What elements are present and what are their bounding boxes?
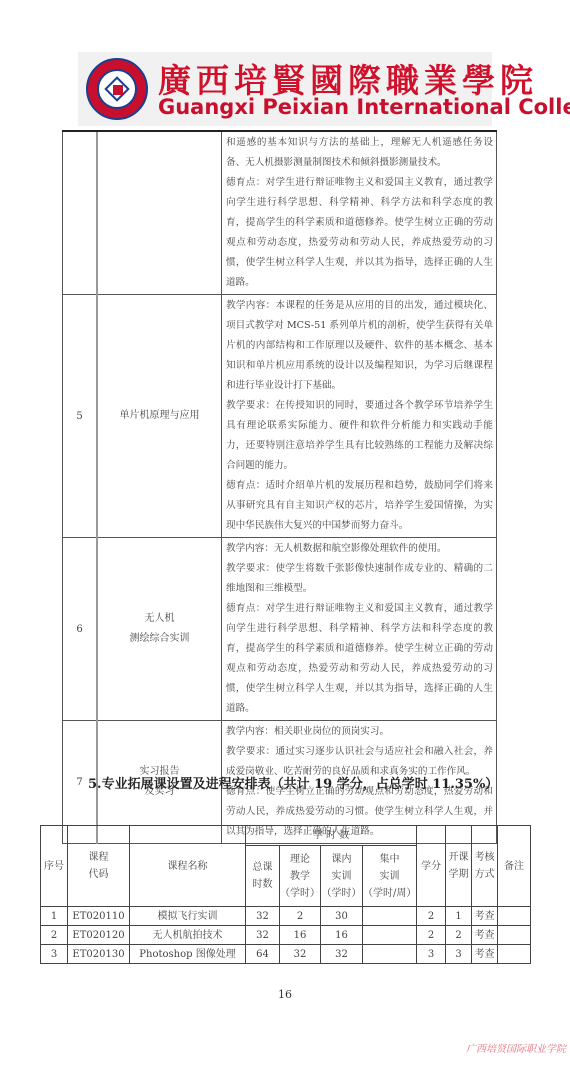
cell-inclass: 32 xyxy=(321,945,363,964)
cell-credits: 2 xyxy=(417,926,446,945)
row-number: 6 xyxy=(63,538,98,721)
course-content: 和遥感的基本知识与方法的基础上，理解无人机遥感任务设备、无人机摄影测量制图技术和… xyxy=(222,131,497,295)
header-term: 开课 学期 xyxy=(446,826,472,907)
cell-theory: 32 xyxy=(280,945,321,964)
cell-remarks xyxy=(498,926,531,945)
content-paragraph: 德育点：适时介绍单片机的发展历程和趋势，鼓励同学们将来从事研究具有自主知识产权的… xyxy=(226,476,493,536)
cell-name: 模拟飞行实训 xyxy=(130,907,246,926)
header-line: 教学 xyxy=(280,868,320,885)
header-line: （学时） xyxy=(280,885,320,902)
cell-total: 32 xyxy=(246,926,280,945)
row-number: 5 xyxy=(63,295,98,538)
cell-exam: 考查 xyxy=(472,907,498,926)
header-line: 代码 xyxy=(68,866,129,883)
header-line: （学时） xyxy=(321,885,362,902)
page-number: 16 xyxy=(278,988,292,1001)
logo-book-icon xyxy=(113,85,123,95)
cell-focused xyxy=(363,945,417,964)
college-seal-logo-icon xyxy=(86,58,148,120)
header-credits: 学分 xyxy=(417,826,446,907)
table-row: 3 ET020130 Photoshop 图像处理 64 32 32 3 3 考… xyxy=(41,945,531,964)
cell-seq: 2 xyxy=(41,926,68,945)
content-paragraph: 教学内容：无人机数据和航空影像处理软件的使用。 xyxy=(226,539,493,559)
header-line: （学时/周） xyxy=(363,885,416,902)
cell-seq: 1 xyxy=(41,907,68,926)
cell-term: 2 xyxy=(446,926,472,945)
college-watermark: 广西培贤国际职业学院 xyxy=(466,1040,566,1055)
header-line: 时数 xyxy=(246,876,279,893)
content-paragraph: 德育点：对学生进行辩证唯物主义和爱国主义教育，通过教学向学生进行科学思想、科学精… xyxy=(226,173,493,293)
header-line: 考核 xyxy=(472,849,497,866)
header-total: 总课 时数 xyxy=(246,846,280,907)
cell-inclass: 16 xyxy=(321,926,363,945)
table-row: 2 ET020120 无人机航拍技术 32 16 16 2 2 考查 xyxy=(41,926,531,945)
cell-code: ET020130 xyxy=(68,945,130,964)
cell-credits: 3 xyxy=(417,945,446,964)
course-name: 单片机原理与应用 xyxy=(97,295,222,538)
table-row: 和遥感的基本知识与方法的基础上，理解无人机遥感任务设备、无人机摄影测量制图技术和… xyxy=(63,131,497,295)
cell-focused xyxy=(363,926,417,945)
header-theory: 理论 教学 （学时） xyxy=(280,846,321,907)
content-paragraph: 教学要求：使学生将数千张影像快速制作成专业的、精确的二维地图和三维模型。 xyxy=(226,559,493,599)
cell-theory: 16 xyxy=(280,926,321,945)
table-row: 6 无人机 测绘综合实训 教学内容：无人机数据和航空影像处理软件的使用。 教学要… xyxy=(63,538,497,721)
header-line: 总课 xyxy=(246,859,279,876)
cell-focused xyxy=(363,907,417,926)
header-focused: 集中 实训 （学时/周） xyxy=(363,846,417,907)
cell-code: ET020110 xyxy=(68,907,130,926)
course-name xyxy=(97,131,222,295)
course-name-line: 测绘综合实训 xyxy=(98,629,221,649)
header-line: 集中 xyxy=(363,851,416,868)
content-paragraph: 教学内容：本课程的任务是从应用的目的出发，通过模块化、项目式教学对 MCS-51… xyxy=(226,296,493,396)
header-inclass: 课内 实训 （学时） xyxy=(321,846,363,907)
content-paragraph: 德育点：对学生进行辩证唯物主义和爱国主义教育，通过教学向学生进行科学思想、科学精… xyxy=(226,599,493,719)
cell-term: 1 xyxy=(446,907,472,926)
section-title: 5.专业拓展课设置及进程安排表（共计 19 学分，占总学时 11.35%） xyxy=(88,773,498,792)
header-line: 方式 xyxy=(472,866,497,883)
header-line: 学期 xyxy=(446,866,471,883)
header-line: 课内 xyxy=(321,851,362,868)
header-line: 实训 xyxy=(321,868,362,885)
course-content: 教学内容：无人机数据和航空影像处理软件的使用。 教学要求：使学生将数千张影像快速… xyxy=(222,538,497,721)
course-content: 教学内容：本课程的任务是从应用的目的出发，通过模块化、项目式教学对 MCS-51… xyxy=(222,295,497,538)
cell-name: 无人机航拍技术 xyxy=(130,926,246,945)
content-paragraph: 教学内容：相关职业岗位的顶岗实习。 xyxy=(226,722,493,742)
logo-inner-ring xyxy=(97,69,137,109)
cell-credits: 2 xyxy=(417,907,446,926)
header-banner: 廣西培賢國際職業學院 Guangxi Peixian International… xyxy=(78,52,492,126)
header-hours-group: 学 时 数 xyxy=(246,826,417,846)
table-row: 1 ET020110 模拟飞行实训 32 2 30 2 1 考查 xyxy=(41,907,531,926)
cell-remarks xyxy=(498,907,531,926)
header-seq: 序号 xyxy=(41,826,68,907)
course-name: 无人机 测绘综合实训 xyxy=(97,538,222,721)
header-line: 课程 xyxy=(68,849,129,866)
cell-term: 3 xyxy=(446,945,472,964)
header-remarks: 备注 xyxy=(498,826,531,907)
course-description-table: 和遥感的基本知识与方法的基础上，理解无人机遥感任务设备、无人机摄影测量制图技术和… xyxy=(62,130,497,844)
cell-code: ET020120 xyxy=(68,926,130,945)
header-name: 课程名称 xyxy=(130,826,246,907)
cell-inclass: 30 xyxy=(321,907,363,926)
header-line: 开课 xyxy=(446,849,471,866)
cell-seq: 3 xyxy=(41,945,68,964)
course-schedule-table: 序号 课程 代码 课程名称 学 时 数 学分 开课 学期 考核 方式 备注 总课… xyxy=(40,825,531,964)
header-row: 序号 课程 代码 课程名称 学 时 数 学分 开课 学期 考核 方式 备注 xyxy=(41,826,531,846)
header-line: 实训 xyxy=(363,868,416,885)
cell-total: 32 xyxy=(246,907,280,926)
header-code: 课程 代码 xyxy=(68,826,130,907)
course-name-line: 无人机 xyxy=(98,609,221,629)
header-exam: 考核 方式 xyxy=(472,826,498,907)
header-line: 理论 xyxy=(280,851,320,868)
cell-exam: 考查 xyxy=(472,926,498,945)
college-name-en: Guangxi Peixian International College xyxy=(158,95,570,119)
row-number xyxy=(63,131,98,295)
cell-name: Photoshop 图像处理 xyxy=(130,945,246,964)
content-paragraph: 教学要求：在传授知识的同时，要通过各个教学环节培养学生具有理论联系实际能力、硬件… xyxy=(226,396,493,476)
cell-total: 64 xyxy=(246,945,280,964)
cell-theory: 2 xyxy=(280,907,321,926)
content-paragraph: 和遥感的基本知识与方法的基础上，理解无人机遥感任务设备、无人机摄影测量制图技术和… xyxy=(226,133,493,173)
cell-exam: 考查 xyxy=(472,945,498,964)
cell-remarks xyxy=(498,945,531,964)
table-row: 5 单片机原理与应用 教学内容：本课程的任务是从应用的目的出发，通过模块化、项目… xyxy=(63,295,497,538)
